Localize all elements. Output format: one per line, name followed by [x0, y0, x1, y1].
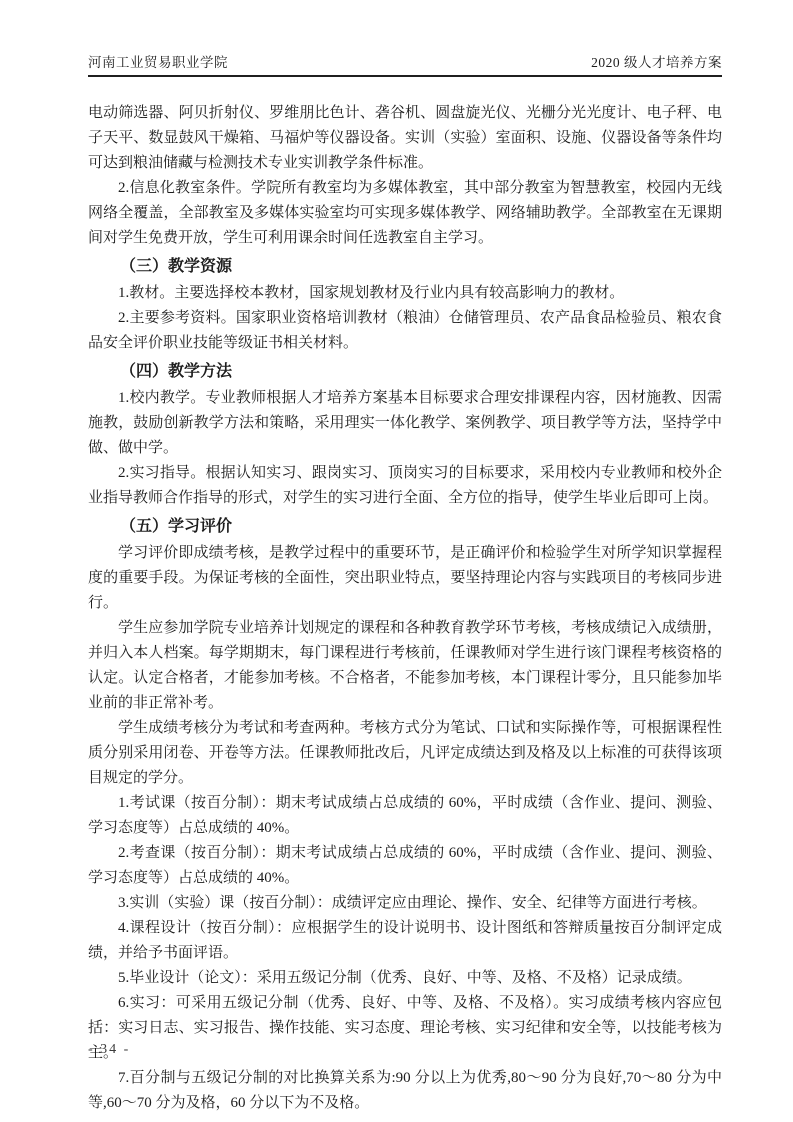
paragraph-on-campus-teaching: 1.校内教学。专业教师根据人才培养方案基本目标要求合理安排课程内容，因材施教、因…	[88, 386, 722, 461]
paragraph-exam-course-scoring: 1.考试课（按百分制）：期末考试成绩占总成绩的 60%，平时成绩（含作业、提问、…	[88, 791, 722, 841]
paragraph-evaluation-overview: 学习评价即成绩考核，是教学过程中的重要环节，是正确评价和检验学生对所学知识掌握程…	[88, 541, 722, 616]
page-header: 河南工业贸易职业学院 2020 级人才培养方案	[88, 55, 722, 77]
paragraph-grade-conversion: 7.百分制与五级记分制的对比换算关系为:90 分以上为优秀,80～90 分为良好…	[88, 1066, 722, 1116]
header-school-name: 河南工业贸易职业学院	[88, 55, 228, 71]
paragraph-equipment-continuation: 电动筛选器、阿贝折射仪、罗维朋比色计、砻谷机、圆盘旋光仪、光栅分光光度计、电子秤…	[88, 101, 722, 176]
paragraph-internship-scoring: 6.实习：可采用五级记分制（优秀、良好、中等、及格、不及格）。实习成绩考核内容应…	[88, 991, 722, 1066]
section-heading-learning-evaluation: （五）学习评价	[88, 514, 722, 540]
paragraph-internship-guidance: 2.实习指导。根据认知实习、跟岗实习、顶岗实习的目标要求，采用校内专业教师和校外…	[88, 461, 722, 511]
paragraph-informatized-classrooms: 2.信息化教室条件。学院所有教室均为多媒体教室，其中部分教室为智慧教室，校园内无…	[88, 176, 722, 251]
paragraph-course-design-scoring: 4.课程设计（按百分制）：应根据学生的设计说明书、设计图纸和答辩质量按百分制评定…	[88, 916, 722, 966]
document-page: 河南工业贸易职业学院 2020 级人才培养方案 电动筛选器、阿贝折射仪、罗维朋比…	[0, 0, 793, 1122]
paragraph-practical-course-scoring: 3.实训（实验）课（按百分制）：成绩评定应由理论、操作、安全、纪律等方面进行考核…	[88, 891, 722, 916]
paragraph-reference-materials: 2.主要参考资料。国家职业资格培训教材（粮油）仓储管理员、农产品食品检验员、粮农…	[88, 306, 722, 356]
page-footer: - 34 -	[88, 1042, 130, 1058]
paragraph-assessed-course-scoring: 2.考查课（按百分制）：期末考试成绩占总成绩的 60%，平时成绩（含作业、提问、…	[88, 841, 722, 891]
paragraph-graduation-design-scoring: 5.毕业设计（论文）：采用五级记分制（优秀、良好、中等、及格、不及格）记录成绩。	[88, 966, 722, 991]
document-body: 电动筛选器、阿贝折射仪、罗维朋比色计、砻谷机、圆盘旋光仪、光栅分光光度计、电子秤…	[88, 101, 722, 1116]
page-number: - 34 -	[88, 1042, 130, 1057]
section-heading-teaching-methods: （四）教学方法	[88, 359, 722, 385]
paragraph-textbooks: 1.教材。主要选择校本教材，国家规划教材及行业内具有较高影响力的教材。	[88, 281, 722, 306]
header-document-title: 2020 级人才培养方案	[591, 55, 722, 71]
section-heading-teaching-resources: （三）教学资源	[88, 254, 722, 280]
paragraph-assessment-types: 学生成绩考核分为考试和考查两种。考核方式分为笔试、口试和实际操作等，可根据课程性…	[88, 716, 722, 791]
paragraph-assessment-qualification: 学生应参加学院专业培养计划规定的课程和各种教育教学环节考核，考核成绩记入成绩册，…	[88, 616, 722, 716]
